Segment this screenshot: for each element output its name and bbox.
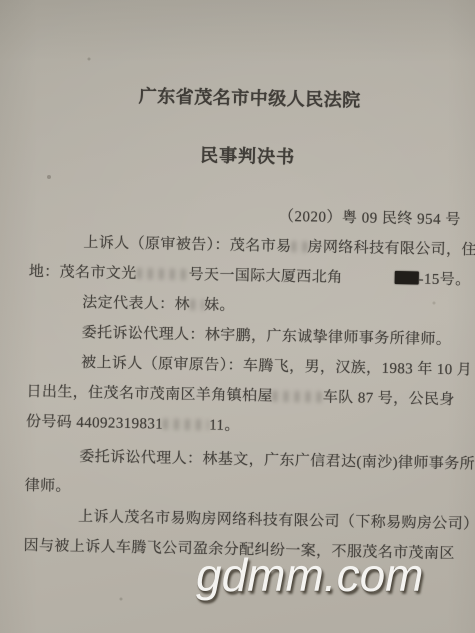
body-text: 委托诉讼代理人：林基文，广东广信君达(南沙)律师事务所: [79, 449, 475, 473]
body-text: 上诉人（原审被告）：茂名市易: [83, 235, 291, 255]
body-text: -15号。: [418, 271, 470, 288]
judgment-document: 广东省茂名市中级人民法院 民事判决书 （2020）粤 09 民终 954 号 上…: [0, 0, 475, 633]
body-text: 法定代表人：林: [82, 295, 190, 313]
court-title: 广东省茂名市中级人民法院: [4, 79, 475, 114]
document-photo: 广东省茂名市中级人民法院 民事判决书 （2020）粤 09 民终 954 号 上…: [0, 0, 475, 633]
body-text: 号天一国际大厦西北角: [188, 267, 342, 286]
body-text: 车队 87 号，公民身: [323, 390, 455, 409]
body-text: 份号码 44092319831: [26, 414, 164, 433]
blurred-text: [273, 391, 323, 403]
body-text: 11。: [209, 417, 240, 434]
body-text: 上诉人茂名市易购房网络科技有限公司（下称易购房公司）: [78, 509, 475, 533]
body-text: 妹。: [204, 297, 235, 314]
paper-specks: [0, 0, 2, 2]
blurred-text: [291, 241, 307, 252]
body-text: 律师。: [25, 478, 72, 495]
document-body: 上诉人（原审被告）：茂名市易房网络科技有限公司，住所地：茂名市文光号天一国际大厦…: [23, 227, 462, 569]
blank-gap: [343, 281, 395, 283]
case-number: （2020）粤 09 民终 954 号: [279, 205, 461, 229]
body-text: 地：茂名市文光: [29, 264, 137, 282]
body-text: 被上诉人（原审原告）：车腾飞，男，汉族，1983 年 10 月 8: [81, 355, 475, 379]
blurred-text: [137, 268, 189, 280]
body-text: 委托诉讼代理人：林宇鹏，广东诚挚律师事务所律师。: [82, 325, 452, 348]
blurred-text: [190, 299, 204, 310]
body-text: 房网络科技有限公司，住所: [307, 239, 475, 259]
blurred-text: [163, 419, 209, 431]
document-type-title: 民事判决书: [3, 137, 475, 172]
body-text: 日出生，住茂名市茂南区羊角镇柏屋: [26, 384, 273, 405]
watermark: gdmm.com: [196, 548, 423, 602]
redaction-box: [394, 271, 418, 284]
